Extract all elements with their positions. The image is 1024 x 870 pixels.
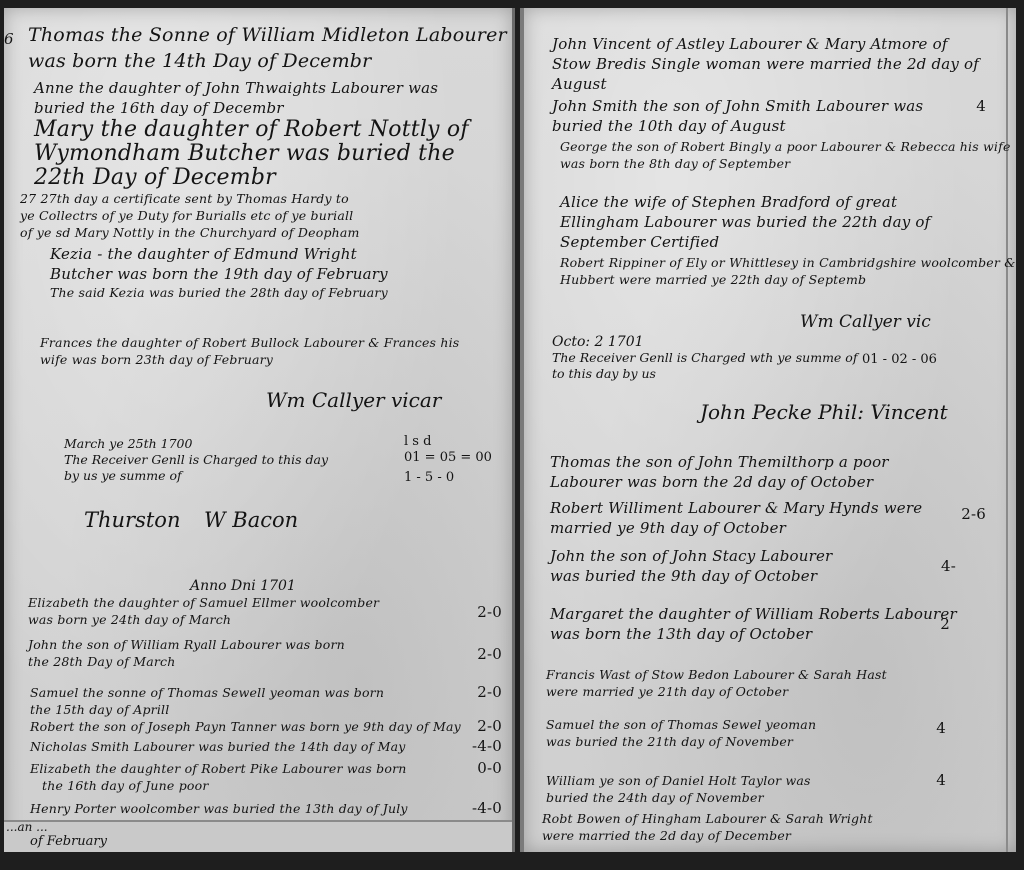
fee-amount: 0-0 bbox=[477, 760, 502, 777]
entry-line: Kezia - the daughter of Edmund Wright bbox=[50, 244, 512, 264]
register-entry: John Vincent of Astley Labourer & Mary A… bbox=[552, 34, 1016, 94]
year-heading: Anno Dni 1701 bbox=[190, 578, 296, 594]
entry-line: the 15th day of Aprill bbox=[30, 701, 512, 718]
entry-line: John the son of William Ryall Labourer w… bbox=[28, 636, 512, 653]
entry-line: 22th Day of Decembr bbox=[34, 166, 512, 190]
ledger-amount-2: 1 - 5 - 0 bbox=[404, 470, 454, 486]
register-entry: Margaret the daughter of William Roberts… bbox=[550, 604, 1016, 644]
ledger-amount: 01 - 02 - 06 bbox=[862, 352, 937, 368]
register-entry: Elizabeth the daughter of Robert Pike La… bbox=[30, 760, 512, 794]
entry-line: Ellingham Labourer was buried the 22th d… bbox=[560, 212, 1016, 232]
entry-line: Francis Wast of Stow Bedon Labourer & Sa… bbox=[546, 666, 1016, 683]
entry-line: Labourer was born the 2d day of October bbox=[550, 472, 1016, 492]
entry-line: Butcher was born the 19th day of Februar… bbox=[50, 264, 512, 284]
entry-line: Thomas the Sonne of William Midleton Lab… bbox=[28, 22, 512, 48]
warden-signatures: John Pecke Phil: Vincent bbox=[700, 400, 948, 424]
fee-amount: 2-0 bbox=[477, 718, 502, 735]
entry-line: was born ye 24th day of March bbox=[28, 611, 512, 628]
register-entry: John the son of William Ryall Labourer w… bbox=[28, 636, 512, 670]
fee-amount: 2-0 bbox=[477, 646, 502, 663]
register-entry: Anne the daughter of John Thwaights Labo… bbox=[34, 78, 512, 118]
entry-line: Henry Porter woolcomber was buried the 1… bbox=[30, 800, 512, 817]
entry-line: Elizabeth the daughter of Samuel Ellmer … bbox=[28, 594, 512, 611]
fee-amount: 2-0 bbox=[477, 684, 502, 701]
entry-line: Frances the daughter of Robert Bullock L… bbox=[40, 334, 512, 351]
ledger-amount: 01 = 05 = 00 bbox=[404, 450, 492, 466]
register-entry: Frances the daughter of Robert Bullock L… bbox=[40, 334, 512, 368]
entry-line: Alice the wife of Stephen Bradford of gr… bbox=[560, 192, 1016, 212]
edge-text: of February bbox=[30, 834, 107, 849]
receiver-ledger: March ye 25th 1700 The Receiver Genll is… bbox=[64, 436, 504, 506]
warden-signature: Thurston bbox=[84, 508, 180, 532]
entry-line: buried the 24th day of November bbox=[546, 789, 1016, 806]
fee-amount: -4-0 bbox=[472, 800, 502, 817]
register-entry: Francis Wast of Stow Bedon Labourer & Sa… bbox=[546, 666, 1016, 700]
entry-line: Wymondham Butcher was buried the bbox=[34, 142, 512, 166]
entry-line: Stow Bredis Single woman were married th… bbox=[552, 54, 1016, 74]
receiver-ledger: Octo: 2 1701 The Receiver Genll is Charg… bbox=[552, 334, 992, 394]
register-entry: Thomas the Sonne of William Midleton Lab… bbox=[28, 22, 512, 74]
fee-amount: -4-0 bbox=[472, 738, 502, 755]
entry-line: The said Kezia was buried the 28th day o… bbox=[50, 284, 512, 301]
fee-amount: 4 bbox=[976, 96, 986, 116]
fee-amount: 4 bbox=[936, 772, 946, 789]
currency-header: l s d bbox=[404, 434, 431, 450]
warden-signature: W Bacon bbox=[204, 508, 298, 532]
register-entry: Alice the wife of Stephen Bradford of gr… bbox=[560, 192, 1016, 252]
entry-line: of ye sd Mary Nottly in the Churchyard o… bbox=[20, 224, 512, 241]
fee-amount: 4 bbox=[936, 720, 946, 737]
certificate-note: 27 27th day a certificate sent by Thomas… bbox=[20, 190, 512, 241]
entry-line: George the son of Robert Bingly a poor L… bbox=[560, 138, 1016, 155]
entry-line: buried the 16th day of Decembr bbox=[34, 98, 512, 118]
entry-line: were married ye 21th day of October bbox=[546, 683, 1016, 700]
register-entry: Robert the son of Joseph Payn Tanner was… bbox=[30, 718, 512, 735]
entry-line: Robert Rippiner of Ely or Whittlesey in … bbox=[560, 254, 1016, 271]
entry-line: married ye 9th day of October bbox=[550, 518, 1016, 538]
page-number: 6 bbox=[4, 30, 14, 48]
register-entry: Samuel the sonne of Thomas Sewell yeoman… bbox=[30, 684, 512, 718]
entry-line: Robert the son of Joseph Payn Tanner was… bbox=[30, 718, 512, 735]
right-page: John Vincent of Astley Labourer & Mary A… bbox=[520, 8, 1016, 852]
entry-line: Mary the daughter of Robert Nottly of bbox=[34, 118, 512, 142]
ledger-date: Octo: 2 1701 bbox=[552, 334, 992, 350]
entry-line: Thomas the son of John Themilthorp a poo… bbox=[550, 452, 1016, 472]
entry-line: Anne the daughter of John Thwaights Labo… bbox=[34, 78, 512, 98]
fee-amount: 2-0 bbox=[477, 604, 502, 621]
register-entry: Nicholas Smith Labourer was buried the 1… bbox=[30, 738, 512, 755]
register-spread: 6 Thomas the Sonne of William Midleton L… bbox=[0, 0, 1024, 870]
vicar-signature: Wm Callyer vic bbox=[800, 312, 931, 332]
entry-line: buried the 10th day of August bbox=[552, 116, 1016, 136]
entry-line: Robert Williment Labourer & Mary Hynds w… bbox=[550, 498, 1016, 518]
entry-line: 27 27th day a certificate sent by Thomas… bbox=[20, 190, 512, 207]
entry-line: the 28th Day of March bbox=[28, 653, 512, 670]
entry-line: ye Collectrs of ye Duty for Burialls etc… bbox=[20, 207, 512, 224]
left-page: 6 Thomas the Sonne of William Midleton L… bbox=[4, 8, 515, 852]
entry-line: September Certified bbox=[560, 232, 1016, 252]
vicar-signature: Wm Callyer vicar bbox=[266, 388, 441, 412]
register-entry: Samuel the son of Thomas Sewel yeoman wa… bbox=[546, 716, 1016, 750]
entry-line: Samuel the sonne of Thomas Sewell yeoman… bbox=[30, 684, 512, 701]
entry-line: Hubbert were married ye 22th day of Sept… bbox=[560, 271, 1016, 288]
ledger-text: to this day by us bbox=[552, 366, 992, 382]
folded-page-edge: ...an ... of February bbox=[4, 820, 515, 852]
register-entry: Elizabeth the daughter of Samuel Ellmer … bbox=[28, 594, 512, 628]
entry-line: the 16th day of June poor bbox=[30, 777, 512, 794]
register-entry: John the son of John Stacy Labourer was … bbox=[550, 546, 1016, 586]
register-entry: Robert Rippiner of Ely or Whittlesey in … bbox=[560, 254, 1016, 288]
fee-amount: 2-6 bbox=[961, 504, 986, 524]
entry-line: wife was born 23th day of February bbox=[40, 351, 512, 368]
register-entry: Kezia - the daughter of Edmund Wright Bu… bbox=[50, 244, 512, 301]
fee-amount: 2 bbox=[940, 614, 950, 634]
register-entry: Robt Bowen of Hingham Labourer & Sarah W… bbox=[542, 810, 1016, 844]
register-entry: Mary the daughter of Robert Nottly of Wy… bbox=[34, 118, 512, 190]
entry-line: Robt Bowen of Hingham Labourer & Sarah W… bbox=[542, 810, 1016, 827]
entry-line: were married the 2d day of December bbox=[542, 827, 1016, 844]
register-entry: William ye son of Daniel Holt Taylor was… bbox=[546, 772, 1016, 806]
register-entry: Thomas the son of John Themilthorp a poo… bbox=[550, 452, 1016, 492]
entry-line: Elizabeth the daughter of Robert Pike La… bbox=[30, 760, 512, 777]
entry-line: John Smith the son of John Smith Laboure… bbox=[552, 96, 1016, 116]
entry-line: August bbox=[552, 74, 1016, 94]
register-entry: George the son of Robert Bingly a poor L… bbox=[560, 138, 1016, 172]
register-entry: Henry Porter woolcomber was buried the 1… bbox=[30, 800, 512, 817]
entry-line: John Vincent of Astley Labourer & Mary A… bbox=[552, 34, 1016, 54]
entry-line: was born the 8th day of September bbox=[560, 155, 1016, 172]
register-entry: Robert Williment Labourer & Mary Hynds w… bbox=[550, 498, 1016, 538]
entry-line: was born the 14th Day of Decembr bbox=[28, 48, 512, 74]
fee-amount: 4- bbox=[941, 556, 956, 576]
entry-line: Nicholas Smith Labourer was buried the 1… bbox=[30, 738, 512, 755]
edge-text: ...an ... bbox=[6, 820, 48, 834]
register-entry: John Smith the son of John Smith Laboure… bbox=[552, 96, 1016, 136]
